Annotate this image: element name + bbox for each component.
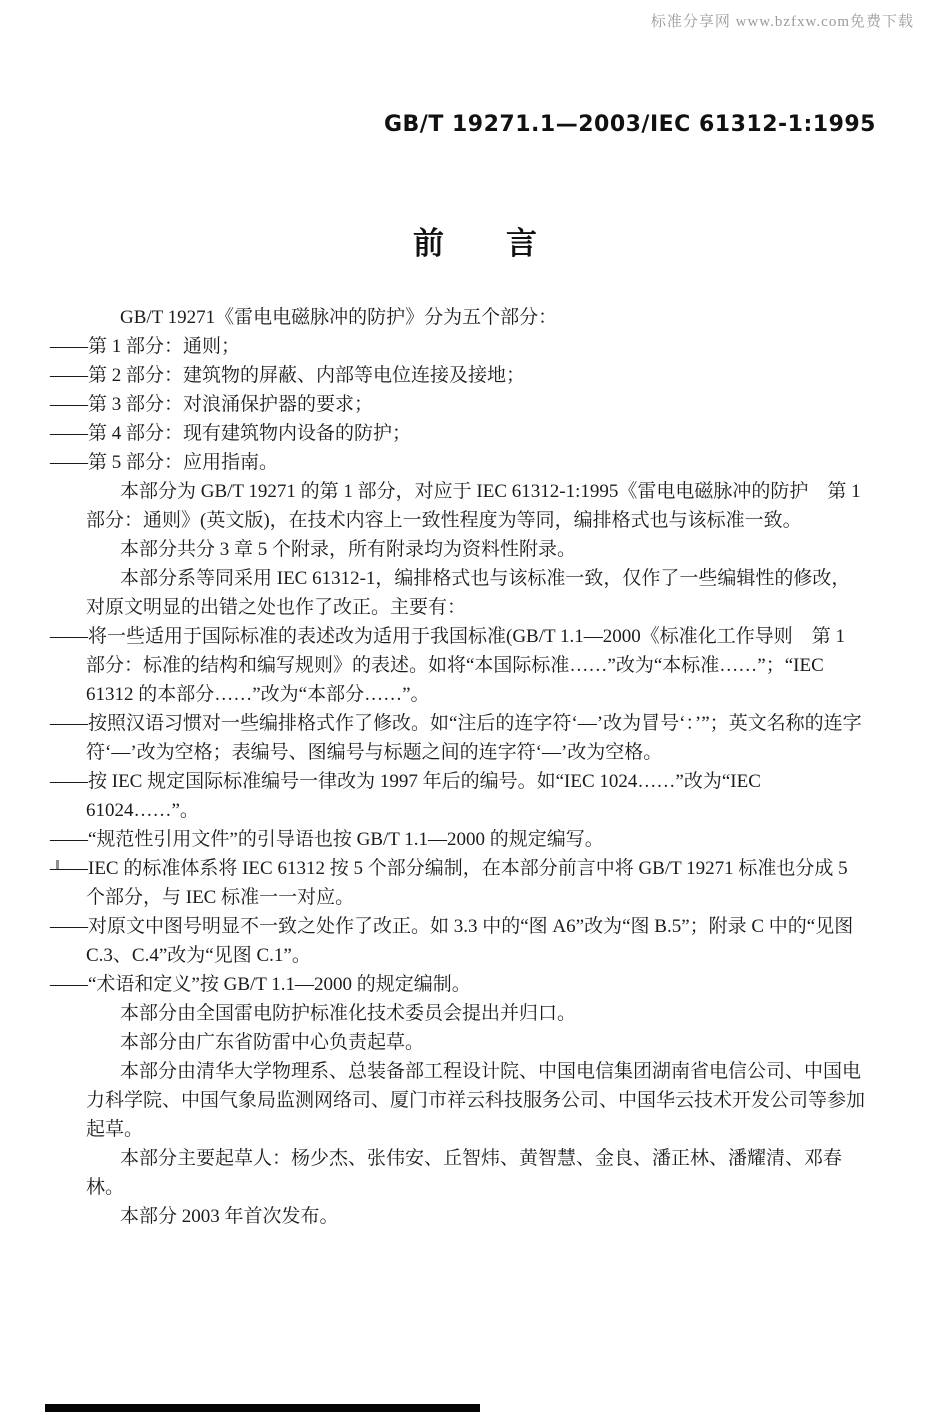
watermark-text: 标准分享网 www.bzfxw.com免费下载	[651, 10, 914, 31]
foreword-list-item: ——“术语和定义”按 GB/T 1.1—2000 的规定编制。	[86, 970, 868, 999]
foreword-paragraph: 本部分 2003 年首次发布。	[86, 1202, 868, 1231]
foreword-list-item: ——将一些适用于国际标准的表述改为适用于我国标准(GB/T 1.1—2000《标…	[86, 622, 868, 709]
foreword-body: GB/T 19271《雷电电磁脉冲的防护》分为五个部分： ——第 1 部分：通则…	[86, 303, 868, 1231]
foreword-paragraph: 本部分共分 3 章 5 个附录，所有附录均为资料性附录。	[86, 535, 868, 564]
foreword-list-item: ——第 4 部分：现有建筑物内设备的防护；	[86, 419, 868, 448]
foreword-list-item: ——按 IEC 规定国际标准编号一律改为 1997 年后的编号。如“IEC 10…	[86, 767, 868, 825]
foreword-paragraph: 本部分为 GB/T 19271 的第 1 部分，对应于 IEC 61312-1:…	[86, 477, 868, 535]
foreword-list-item: ——第 5 部分：应用指南。	[86, 448, 868, 477]
page-title: 前 言	[0, 218, 950, 263]
foreword-list-item: ——第 2 部分：建筑物的屏蔽、内部等电位连接及接地；	[86, 361, 868, 390]
standard-number: GB/T 19271.1—2003/IEC 61312-1:1995	[384, 112, 876, 137]
foreword-list-item: ——按照汉语习惯对一些编排格式作了修改。如“注后的连字符‘—’改为冒号‘：’”；…	[86, 709, 868, 767]
foreword-list-item: ——第 1 部分：通则；	[86, 332, 868, 361]
foreword-list-item: ——对原文中图号明显不一致之处作了改正。如 3.3 中的“图 A6”改为“图 B…	[86, 912, 868, 970]
document-page: { "page": { "watermark": "标准分享网 www.bzfx…	[0, 0, 950, 1415]
scan-artifact-bar	[45, 1404, 480, 1412]
foreword-list-item: ——“规范性引用文件”的引导语也按 GB/T 1.1—2000 的规定编写。	[86, 825, 868, 854]
scan-artifact-speck	[56, 860, 59, 869]
foreword-paragraph: GB/T 19271《雷电电磁脉冲的防护》分为五个部分：	[86, 303, 868, 332]
foreword-paragraph: 本部分由清华大学物理系、总装备部工程设计院、中国电信集团湖南省电信公司、中国电力…	[86, 1057, 868, 1144]
foreword-list-item: ——第 3 部分：对浪涌保护器的要求；	[86, 390, 868, 419]
foreword-paragraph: 本部分由广东省防雷中心负责起草。	[86, 1028, 868, 1057]
foreword-paragraph: 本部分系等同采用 IEC 61312-1，编排格式也与该标准一致，仅作了一些编辑…	[86, 564, 868, 622]
foreword-list-item: ——IEC 的标准体系将 IEC 61312 按 5 个部分编制，在本部分前言中…	[86, 854, 868, 912]
foreword-paragraph: 本部分主要起草人：杨少杰、张伟安、丘智炜、黄智慧、金良、潘正林、潘耀清、邓春林。	[86, 1144, 868, 1202]
foreword-paragraph: 本部分由全国雷电防护标准化技术委员会提出并归口。	[86, 999, 868, 1028]
